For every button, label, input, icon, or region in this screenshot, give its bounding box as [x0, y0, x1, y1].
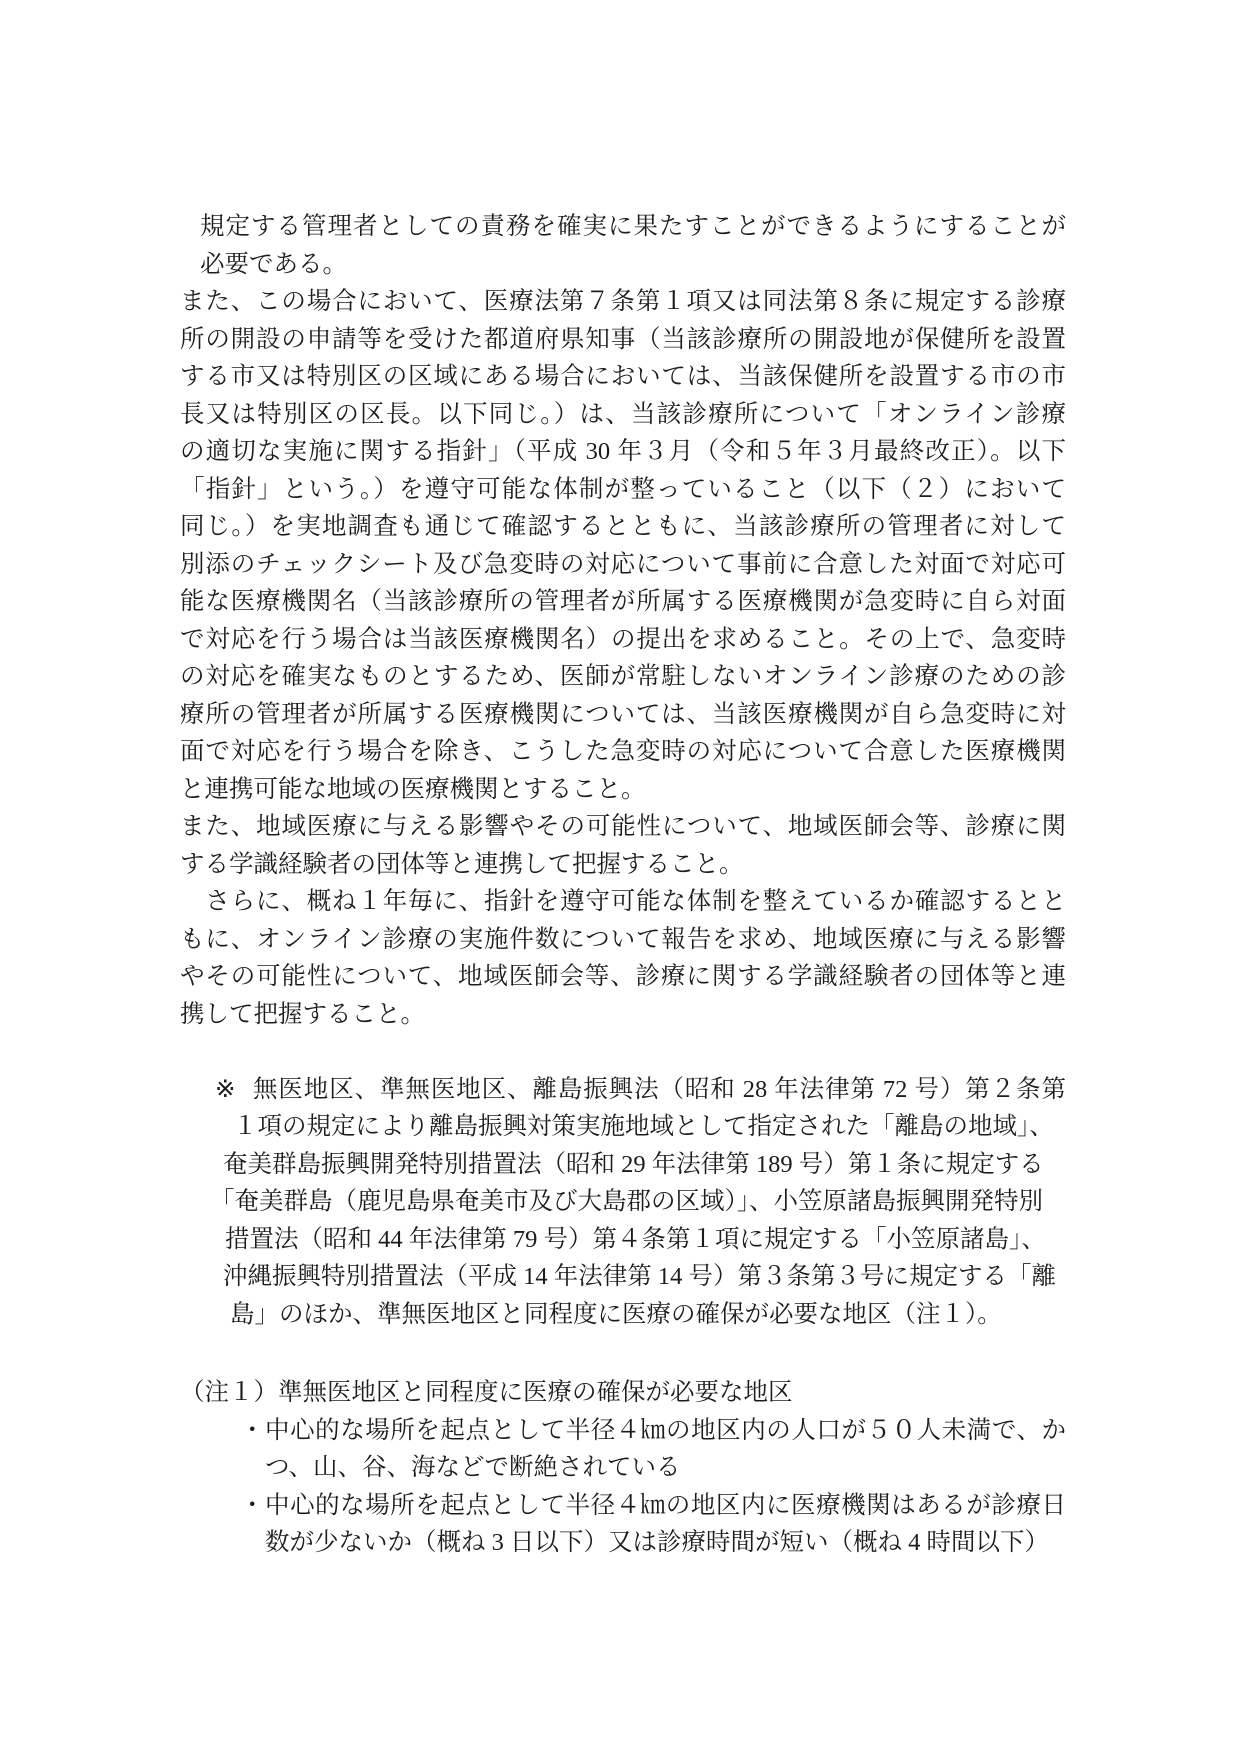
text-line: 所の開設の申請等を受けた都道府県知事（当該診療所の開設地が保健所を設置	[180, 321, 1066, 359]
paragraph-intro-continuation: 規定する管理者としての責務を確実に果たすことができるようにすることが 必要である…	[180, 208, 1066, 283]
text-line: 療所の管理者が所属する医療機関については、当該医療機関が自ら急変時に対	[180, 696, 1066, 734]
paragraph-clinic-approval: また、この場合において、医療法第７条第１項又は同法第８条に規定する診療 所の開設…	[180, 283, 1066, 808]
text-line: 奄美群島振興開発特別措置法（昭和 29 年法律第 189 号）第１条に規定する	[180, 1146, 1066, 1184]
text-line: する市又は特別区の区域にある場合においては、当該保健所を設置する市の市	[180, 358, 1066, 396]
footnote-block: （注１）準無医地区と同程度に医療の確保が必要な地区 ・中心的な場所を起点として半…	[180, 1374, 1066, 1562]
text-line: する学識経験者の団体等と連携して把握すること。	[180, 846, 1066, 884]
text-line: 長又は特別区の区長。以下同じ。）は、当該診療所について「オンライン診療	[180, 396, 1066, 434]
text-line: 「指針」という。）を遵守可能な体制が整っていること（以下（２）において	[180, 471, 1066, 509]
text-line: ※ 無医地区、準無医地区、離島振興法（昭和 28 年法律第 72 号）第２条第	[180, 1071, 1066, 1109]
document-body: 規定する管理者としての責務を確実に果たすことができるようにすることが 必要である…	[180, 0, 1066, 1562]
text-line: やその可能性について、地域医師会等、診療に関する学識経験者の団体等と連	[180, 958, 1066, 996]
paragraph-regional-impact: また、地域医療に与える影響やその可能性について、地域医師会等、診療に関 する学識…	[180, 808, 1066, 883]
blank-line	[180, 1333, 1066, 1374]
text-line: の対応を確実なものとするため、医師が常駐しないオンライン診療のための診	[180, 658, 1066, 696]
text-line: 同じ。）を実地調査も通じて確認するとともに、当該診療所の管理者に対して	[180, 508, 1066, 546]
text-line: で対応を行う場合は当該医療機関名）の提出を求めること。その上で、急変時	[180, 621, 1066, 659]
text-line: １項の規定により離島振興対策実施地域として指定された「離島の地域」、	[180, 1108, 1066, 1146]
text-line: の適切な実施に関する指針」（平成 30 年３月（令和５年３月最終改正）。以下	[180, 433, 1066, 471]
document-page: 規定する管理者としての責務を確実に果たすことができるようにすることが 必要である…	[0, 0, 1241, 1755]
bullet-line: つ、山、谷、海などで断絶されている	[180, 1449, 1066, 1487]
paragraph-annual-check: さらに、概ね１年毎に、指針を遵守可能な体制を整えているか確認するとと もに、オン…	[180, 883, 1066, 1033]
bullet-line: ・中心的な場所を起点として半径４㎞の地区内に医療機関はあるが診療日	[180, 1487, 1066, 1525]
text-line: 能な医療機関名（当該診療所の管理者が所属する医療機関が急変時に自ら対面	[180, 583, 1066, 621]
text-line: 面で対応を行う場合を除き、こうした急変時の対応について合意した医療機関	[180, 733, 1066, 771]
text-line: 「奄美群島（鹿児島県奄美市及び大島郡の区域）」、小笠原諸島振興開発特別	[180, 1183, 1066, 1221]
text-line: と連携可能な地域の医療機関とすること。	[180, 771, 1066, 809]
text-line: また、この場合において、医療法第７条第１項又は同法第８条に規定する診療	[180, 283, 1066, 321]
text-line: 沖縄振興特別措置法（平成 14 年法律第 14 号）第３条第３号に規定する「離	[180, 1258, 1066, 1296]
text-line: 規定する管理者としての責務を確実に果たすことができるようにすることが	[180, 208, 1066, 246]
footnote-title: （注１）準無医地区と同程度に医療の確保が必要な地区	[180, 1374, 1066, 1412]
text-line: 別添のチェックシート及び急変時の対応について事前に合意した対面で対応可	[180, 546, 1066, 584]
text-line: 島」のほか、準無医地区と同程度に医療の確保が必要な地区（注１）。	[180, 1296, 1066, 1334]
blank-line	[180, 1033, 1066, 1071]
text-line: さらに、概ね１年毎に、指針を遵守可能な体制を整えているか確認するとと	[180, 883, 1066, 921]
text-line: 無医地区、準無医地区、離島振興法（昭和 28 年法律第 72 号）第２条第	[253, 1071, 1066, 1109]
asterisk-note-block: ※ 無医地区、準無医地区、離島振興法（昭和 28 年法律第 72 号）第２条第 …	[180, 1071, 1066, 1334]
asterisk-marker: ※	[215, 1071, 253, 1109]
bullet-line: 数が少ないか（概ね 3 日以下）又は診療時間が短い（概ね 4 時間以下）	[180, 1524, 1066, 1562]
text-line: 必要である。	[180, 246, 1066, 284]
text-line: 措置法（昭和 44 年法律第 79 号）第４条第１項に規定する「小笠原諸島」、	[180, 1221, 1066, 1259]
text-line: もに、オンライン診療の実施件数について報告を求め、地域医療に与える影響	[180, 921, 1066, 959]
text-line: 携して把握すること。	[180, 996, 1066, 1034]
bullet-line: ・中心的な場所を起点として半径４㎞の地区内の人口が５０人未満で、か	[180, 1412, 1066, 1450]
text-line: また、地域医療に与える影響やその可能性について、地域医師会等、診療に関	[180, 808, 1066, 846]
